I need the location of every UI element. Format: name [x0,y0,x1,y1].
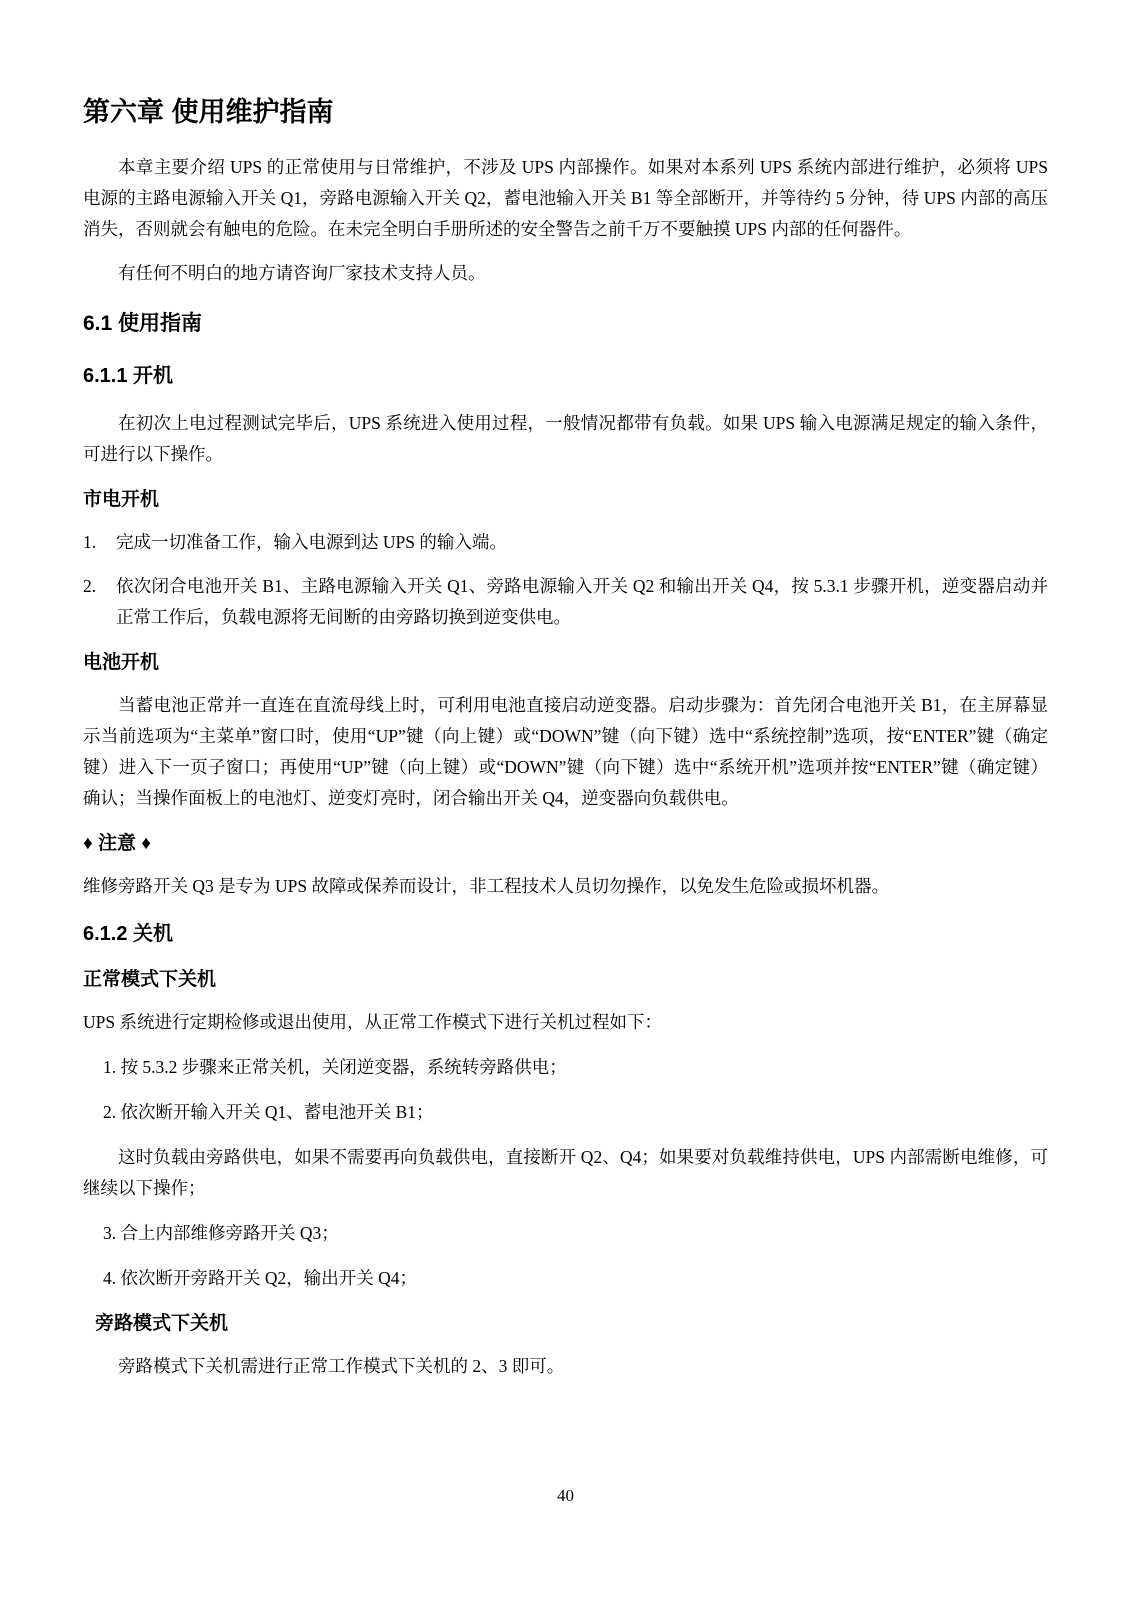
mains-startup-list: 1. 完成一切准备工作，输入电源到达 UPS 的输入端。 2. 依次闭合电池开关… [83,527,1048,633]
list-item-number: 2. [83,571,116,633]
section-6-1-1-title: 6.1.1 开机 [83,362,1048,390]
normal-shutdown-intro: UPS 系统进行定期检修或退出使用，从正常工作模式下进行关机过程如下： [83,1007,1048,1038]
battery-startup-title: 电池开机 [83,649,1048,676]
bypass-shutdown-paragraph: 旁路模式下关机需进行正常工作模式下关机的 2、3 即可。 [83,1351,1048,1382]
document-page: 第六章 使用维护指南 本章主要介绍 UPS 的正常使用与日常维护，不涉及 UPS… [0,0,1131,1600]
list-item: 1. 完成一切准备工作，输入电源到达 UPS 的输入端。 [83,527,1048,558]
battery-startup-paragraph: 当蓄电池正常并一直连在直流母线上时，可利用电池直接启动逆变器。启动步骤为：首先闭… [83,690,1048,814]
notice-title: ♦ 注意 ♦ [83,830,1048,857]
notice-paragraph: 维修旁路开关 Q3 是专为 UPS 故障或保养而设计，非工程技术人员切勿操作，以… [83,871,1048,902]
section-6-1-2-title: 6.1.2 关机 [83,920,1048,948]
shutdown-step-2: 2. 依次断开输入开关 Q1、蓄电池开关 B1； [83,1097,1048,1128]
normal-shutdown-title: 正常模式下关机 [83,966,1048,993]
shutdown-step-4: 4. 依次断开旁路开关 Q2，输出开关 Q4； [83,1263,1048,1294]
bypass-shutdown-title: 旁路模式下关机 [83,1310,1048,1337]
shutdown-step-3: 3. 合上内部维修旁路开关 Q3； [83,1218,1048,1249]
list-item-text: 依次闭合电池开关 B1、主路电源输入开关 Q1、旁路电源输入开关 Q2 和输出开… [116,571,1048,633]
intro-paragraph-1: 本章主要介绍 UPS 的正常使用与日常维护，不涉及 UPS 内部操作。如果对本系… [83,152,1048,245]
page-number: 40 [0,1484,1131,1508]
section-6-1-title: 6.1 使用指南 [83,309,1048,338]
list-item: 2. 依次闭合电池开关 B1、主路电源输入开关 Q1、旁路电源输入开关 Q2 和… [83,571,1048,633]
list-item-number: 1. [83,527,116,558]
startup-intro-paragraph: 在初次上电过程测试完毕后，UPS 系统进入使用过程，一般情况都带有负载。如果 U… [83,408,1048,470]
list-item-text: 完成一切准备工作，输入电源到达 UPS 的输入端。 [116,527,1048,558]
normal-shutdown-note: 这时负载由旁路供电，如果不需要再向负载供电，直接断开 Q2、Q4；如果要对负载维… [83,1142,1048,1204]
mains-startup-title: 市电开机 [83,486,1048,513]
chapter-title: 第六章 使用维护指南 [83,94,1048,130]
intro-paragraph-2: 有任何不明白的地方请咨询厂家技术支持人员。 [83,258,1048,289]
shutdown-step-1: 1. 按 5.3.2 步骤来正常关机，关闭逆变器，系统转旁路供电； [83,1052,1048,1083]
